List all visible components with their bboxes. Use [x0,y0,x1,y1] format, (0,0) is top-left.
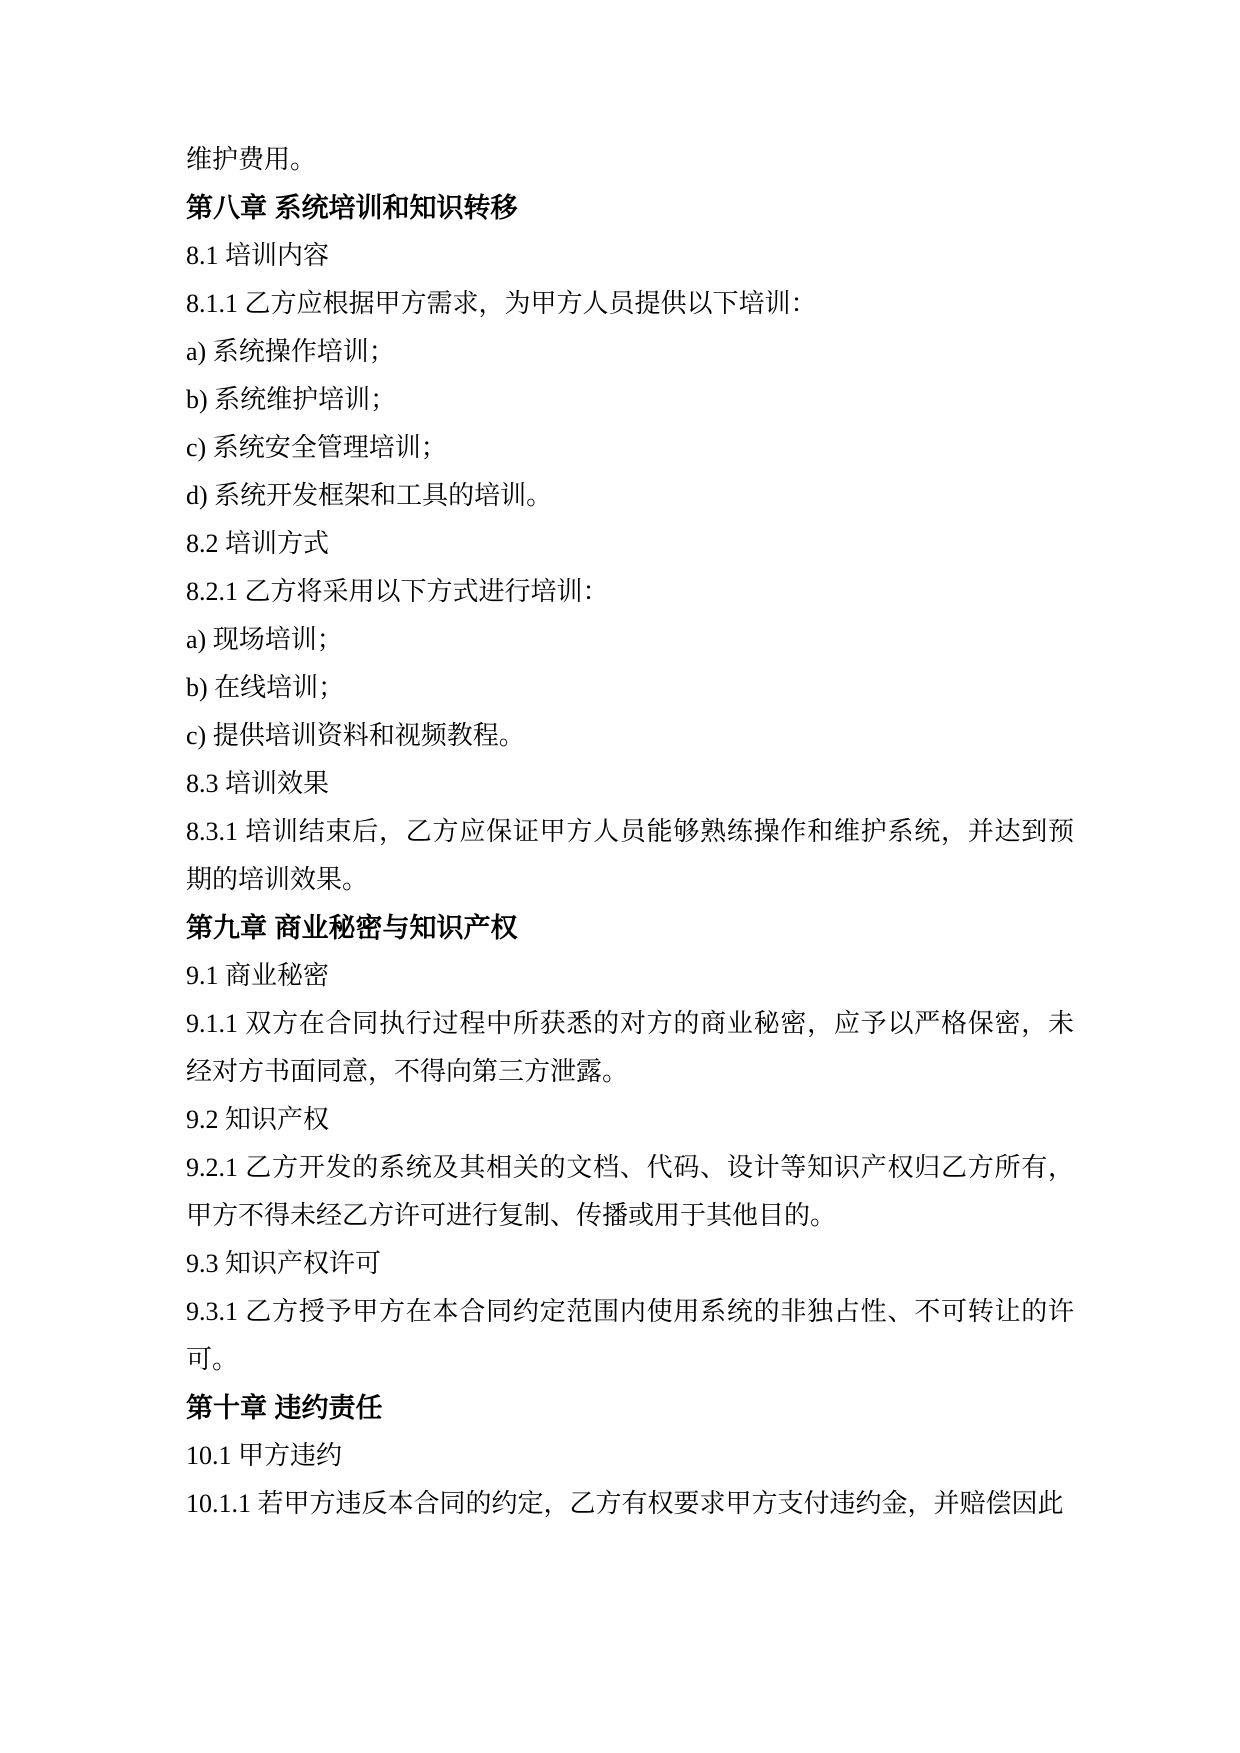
document-body: 维护费用。 第八章 系统培训和知识转移 8.1 培训内容 8.1.1 乙方应根据… [186,136,1074,1528]
clause-9-3: 9.3 知识产权许可 [186,1240,1074,1288]
clause-8-3-1: 8.3.1 培训结束后，乙方应保证甲方人员能够熟练操作和维护系统，并达到预期的培… [186,808,1074,904]
item-8-2-1-b: b) 在线培训； [186,664,1074,712]
clause-8-3: 8.3 培训效果 [186,760,1074,808]
clause-9-2-1: 9.2.1 乙方开发的系统及其相关的文档、代码、设计等知识产权归乙方所有，甲方不… [186,1144,1074,1240]
item-8-1-1-b: b) 系统维护培训； [186,376,1074,424]
chapter-10-heading: 第十章 违约责任 [186,1384,1074,1432]
clause-8-1-1: 8.1.1 乙方应根据甲方需求，为甲方人员提供以下培训： [186,280,1074,328]
clause-continuation: 维护费用。 [186,136,1074,184]
clause-10-1-1: 10.1.1 若甲方违反本合同的约定，乙方有权要求甲方支付违约金，并赔偿因此 [186,1480,1074,1528]
item-8-1-1-d: d) 系统开发框架和工具的培训。 [186,472,1074,520]
clause-8-1: 8.1 培训内容 [186,232,1074,280]
item-8-1-1-a: a) 系统操作培训； [186,328,1074,376]
clause-8-2-1: 8.2.1 乙方将采用以下方式进行培训： [186,568,1074,616]
item-8-2-1-c: c) 提供培训资料和视频教程。 [186,712,1074,760]
document-page: 维护费用。 第八章 系统培训和知识转移 8.1 培训内容 8.1.1 乙方应根据… [0,0,1240,1753]
chapter-8-heading: 第八章 系统培训和知识转移 [186,184,1074,232]
item-8-2-1-a: a) 现场培训； [186,616,1074,664]
clause-10-1: 10.1 甲方违约 [186,1432,1074,1480]
clause-9-3-1: 9.3.1 乙方授予甲方在本合同约定范围内使用系统的非独占性、不可转让的许可。 [186,1288,1074,1384]
item-8-1-1-c: c) 系统安全管理培训； [186,424,1074,472]
clause-9-1-1: 9.1.1 双方在合同执行过程中所获悉的对方的商业秘密，应予以严格保密，未经对方… [186,1000,1074,1096]
clause-9-1: 9.1 商业秘密 [186,952,1074,1000]
clause-8-2: 8.2 培训方式 [186,520,1074,568]
chapter-9-heading: 第九章 商业秘密与知识产权 [186,904,1074,952]
clause-9-2: 9.2 知识产权 [186,1096,1074,1144]
